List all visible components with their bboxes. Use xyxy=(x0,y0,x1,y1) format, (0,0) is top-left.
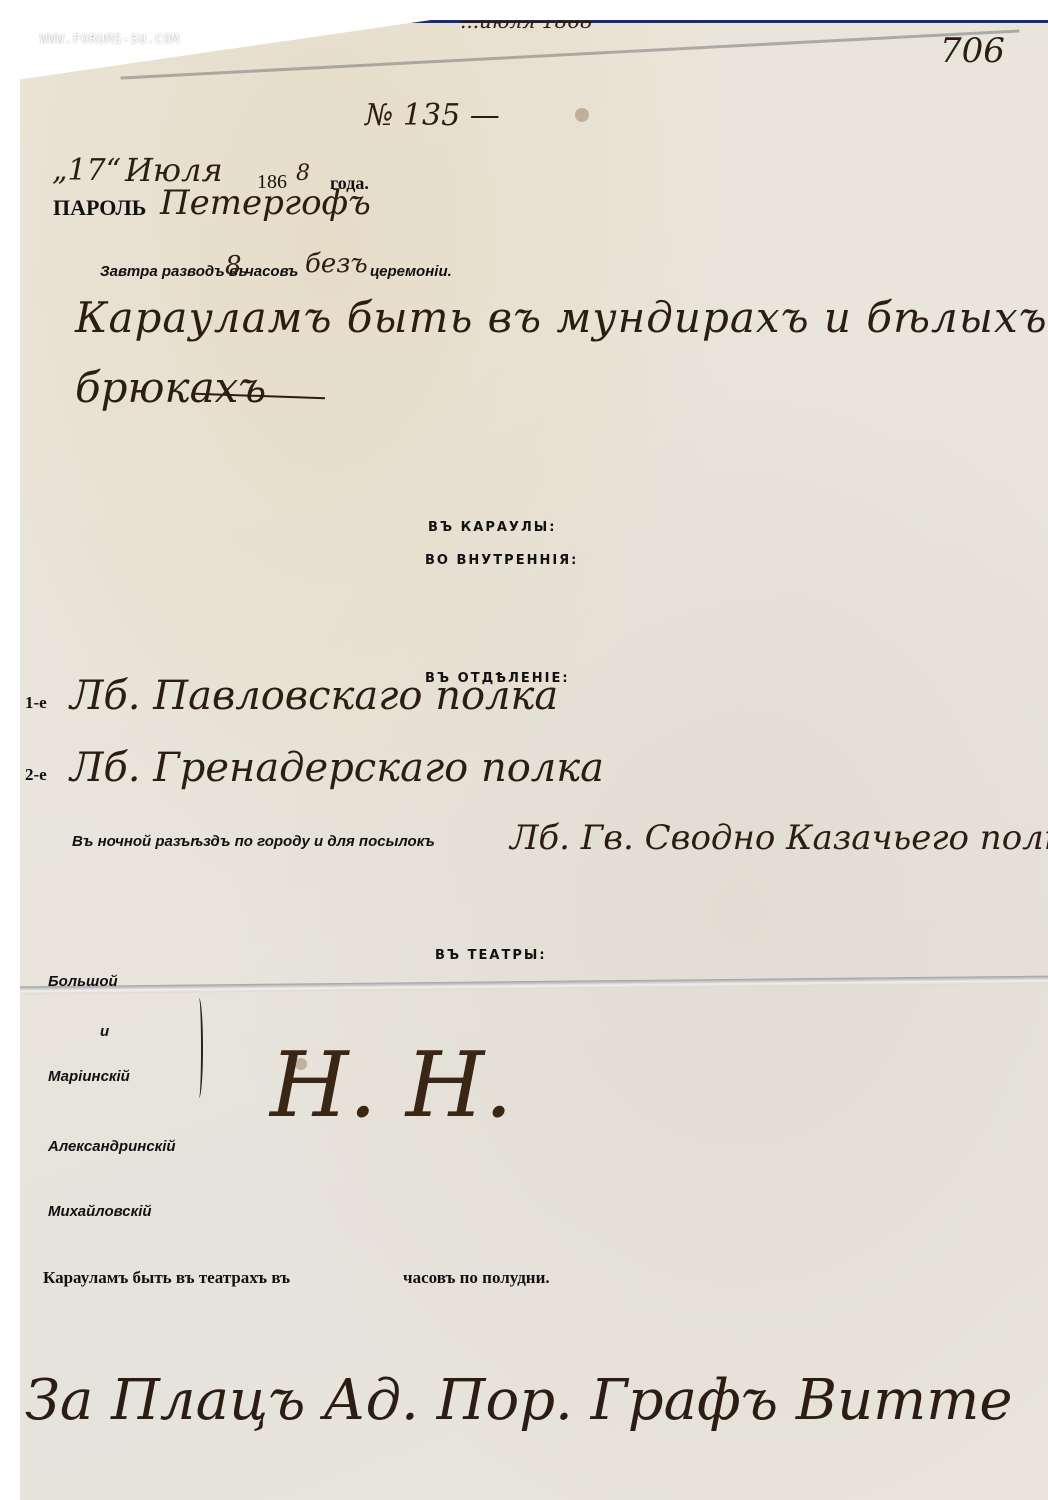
theatre-footer-prefix: Карауламъ быть въ театрахъ въ xyxy=(43,1268,290,1288)
row-value-2: Лб. Гренадерскаго полка xyxy=(70,745,604,791)
brace xyxy=(195,998,203,1098)
document-number: № 135 — xyxy=(365,98,500,133)
night-patrol-value: Лб. Гв. Сводно Казачьего полка xyxy=(510,818,1048,858)
guards-heading: ВЪ КАРАУЛЫ: xyxy=(428,520,556,535)
theatre-alexandrinsky: Александринскій xyxy=(48,1138,176,1155)
paper-crease-top xyxy=(121,29,1020,79)
order-hand-line1: Карауламъ быть въ мундирахъ и бѣлыхъ xyxy=(75,293,1048,342)
night-patrol-label: Въ ночной разъѣздъ по городу и для посыл… xyxy=(72,833,435,850)
paper-fold xyxy=(20,976,1048,995)
guards-subheading: ВО ВНУТРЕННІЯ: xyxy=(425,553,578,568)
document-page: ...июля 1868 706 № 135 — „17“ Июля 186 8… xyxy=(20,20,1048,1500)
razvod-suffix: церемоніи. xyxy=(370,263,452,280)
theatre-and: и xyxy=(100,1023,109,1040)
struck-note: ...июля 1868 xyxy=(460,9,593,33)
razvod-mid: часовъ xyxy=(245,263,298,280)
theatre-mariinsky: Маріинскій xyxy=(48,1068,130,1085)
password-value: Петергофъ xyxy=(160,183,371,223)
password-label: ПАРОЛЬ xyxy=(53,195,146,221)
razvod-hand: безъ xyxy=(305,249,368,279)
theatre-footer-suffix: часовъ по полудни. xyxy=(403,1268,550,1288)
folio-number: 706 xyxy=(940,31,1005,71)
watermark: WWW.FORUMS-SU.COM xyxy=(40,32,180,46)
signature: За Плацъ Ад. Пор. Графъ Витте xyxy=(25,1368,1013,1433)
row-label-1: 1-е xyxy=(25,693,47,713)
date-day: „17“ xyxy=(52,153,121,188)
theatre-mikhailovsky: Михайловскій xyxy=(48,1203,152,1220)
row-value-1: Лб. Павловскаго полка xyxy=(70,673,558,719)
flourish-initials: Н. Н. xyxy=(270,1033,513,1138)
ink-spot xyxy=(575,108,589,122)
order-hand-line2: брюкахъ xyxy=(75,363,266,412)
theatre-bolshoi: Большой xyxy=(48,973,118,990)
razvod-hour: 8 xyxy=(225,251,242,281)
row-label-2: 2-е xyxy=(25,765,47,785)
theatres-heading: ВЪ ТЕАТРЫ: xyxy=(435,948,547,963)
